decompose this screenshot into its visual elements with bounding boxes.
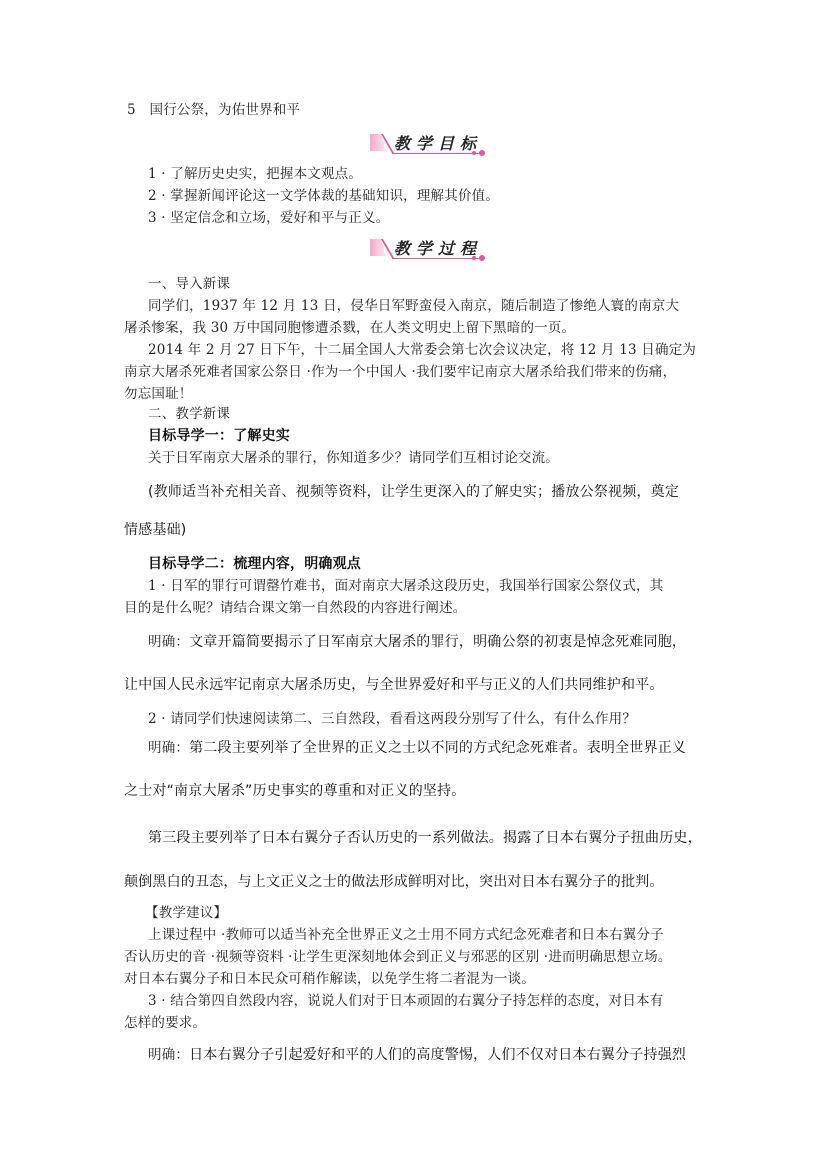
answer-text: 文章开篇简要揭示了日军南京大屠杀的罪行，明确公祭的初衷是悼念死难同胞，	[189, 634, 686, 650]
objective-item: 2 · 掌握新闻评论这一文学体裁的基础知识，理解其价值。	[148, 187, 499, 205]
teaching-suggestion: 否认历史的音 ·视频等资料 ·让学生更深刻地体会到正义与邪恶的区别 ·进而明确思…	[124, 948, 672, 966]
teaching-suggestion: 上课过程中 ·教师可以适当补充全世界正义之士用不同方式纪念死难者和日本右翼分子	[148, 926, 664, 944]
goal-1-title: 目标导学一：了解史实	[148, 427, 290, 445]
section-title-process: 教学过程	[394, 236, 482, 259]
question-2: 2 · 请同学们快速阅读第二、三自然段，看看这两段分别写了什么，有什么作用？	[148, 710, 636, 728]
answer-2: 之士对“南京大屠杀”历史事实的尊重和对正义的坚持。	[124, 782, 466, 800]
answer-2b: 颠倒黑白的丑态，与上文正义之士的做法形成鲜明对比，突出对日本右翼分子的批判。	[124, 873, 664, 891]
intro-paragraph-2: 南京大屠杀死难者国家公祭日 ·作为一个中国人 ·我们要牢记南京大屠杀给我们带来的…	[124, 363, 676, 381]
answer-2: 明确：第二段主要列举了全世界的正义之士以不同的方式纪念死难者。表明全世界正义	[148, 739, 686, 757]
lesson-title: 5 国行公祭，为佑世界和平	[127, 101, 300, 119]
section-header-process: 教学过程	[364, 235, 504, 265]
teaching-suggestion: 对日本右翼分子和日本民众可稍作解读，以免学生将二者混为一谈。	[124, 970, 535, 988]
intro-paragraph-2: 勿忘国耻！	[124, 385, 193, 403]
answer-text: 日本右翼分子引起爱好和平的人们的高度警惕，人们不仅对日本右翼分子持强烈	[189, 1047, 686, 1063]
goal-2-title: 目标导学二：梳理内容，明确观点	[148, 555, 361, 573]
teaching-suggestion-heading: 【教学建议】	[145, 904, 227, 922]
answer-label: 明确：	[148, 740, 189, 756]
goal-1-note: 情感基础)	[124, 521, 186, 539]
intro-paragraph-1: 同学们，1937 年 12 月 13 日，侵华日军野蛮侵入南京，随后制造了惨绝人…	[148, 297, 679, 315]
objective-item: 3 · 坚定信念和立场，爱好和平与正义。	[148, 209, 389, 227]
intro-heading: 一、导入新课	[148, 275, 230, 293]
document-page: 5 国行公祭，为佑世界和平 教学目标 1 · 了解历史史实，把握本文观点。 2 …	[0, 0, 827, 1169]
question-1: 目的是什么呢？请结合课文第一自然段的内容进行阐述。	[124, 599, 467, 617]
intro-paragraph-2: 2014 年 2 月 27 日下午，十二届全国人大常委会第七次会议决定，将 12…	[148, 341, 696, 359]
answer-3: 明确：日本右翼分子引起爱好和平的人们的高度警惕，人们不仅对日本右翼分子持强烈	[148, 1046, 686, 1064]
answer-1: 明确：文章开篇简要揭示了日军南京大屠杀的罪行，明确公祭的初衷是悼念死难同胞，	[148, 633, 686, 651]
answer-label: 明确：	[148, 1047, 189, 1063]
question-3: 怎样的要求。	[124, 1014, 206, 1032]
goal-1-question: 关于日军南京大屠杀的罪行，你知道多少？请同学们互相讨论交流。	[148, 449, 559, 467]
answer-2b: 第三段主要列举了日本右翼分子否认历史的一系列做法。揭露了日本右翼分子扭曲历史，	[148, 829, 702, 847]
answer-1: 让中国人民永远牢记南京大屠杀历史，与全世界爱好和平与正义的人们共同维护和平。	[124, 676, 664, 694]
section-header-objectives: 教学目标	[364, 130, 504, 160]
question-1: 1 · 日军的罪行可谓罄竹难书，面对南京大屠杀这段历史，我国举行国家公祭仪式，其	[148, 577, 663, 595]
section-title-objectives: 教学目标	[394, 131, 482, 154]
question-3: 3 · 结合第四自然段内容，说说人们对于日本顽固的右翼分子持怎样的态度，对日本有	[148, 992, 663, 1010]
intro-paragraph-1: 屠杀惨案，我 30 万中国同胞惨遭杀戮，在人类文明史上留下黑暗的一页。	[124, 319, 575, 337]
goal-1-note: (教师适当补充相关音、视频等资料，让学生更深入的了解史实；播放公祭视频，奠定	[148, 483, 679, 501]
objective-item: 1 · 了解历史史实，把握本文观点。	[148, 165, 362, 183]
answer-label: 明确：	[148, 634, 189, 650]
answer-text: 第二段主要列举了全世界的正义之士以不同的方式纪念死难者。表明全世界正义	[189, 740, 686, 756]
new-lesson-heading: 二、教学新课	[148, 405, 230, 423]
